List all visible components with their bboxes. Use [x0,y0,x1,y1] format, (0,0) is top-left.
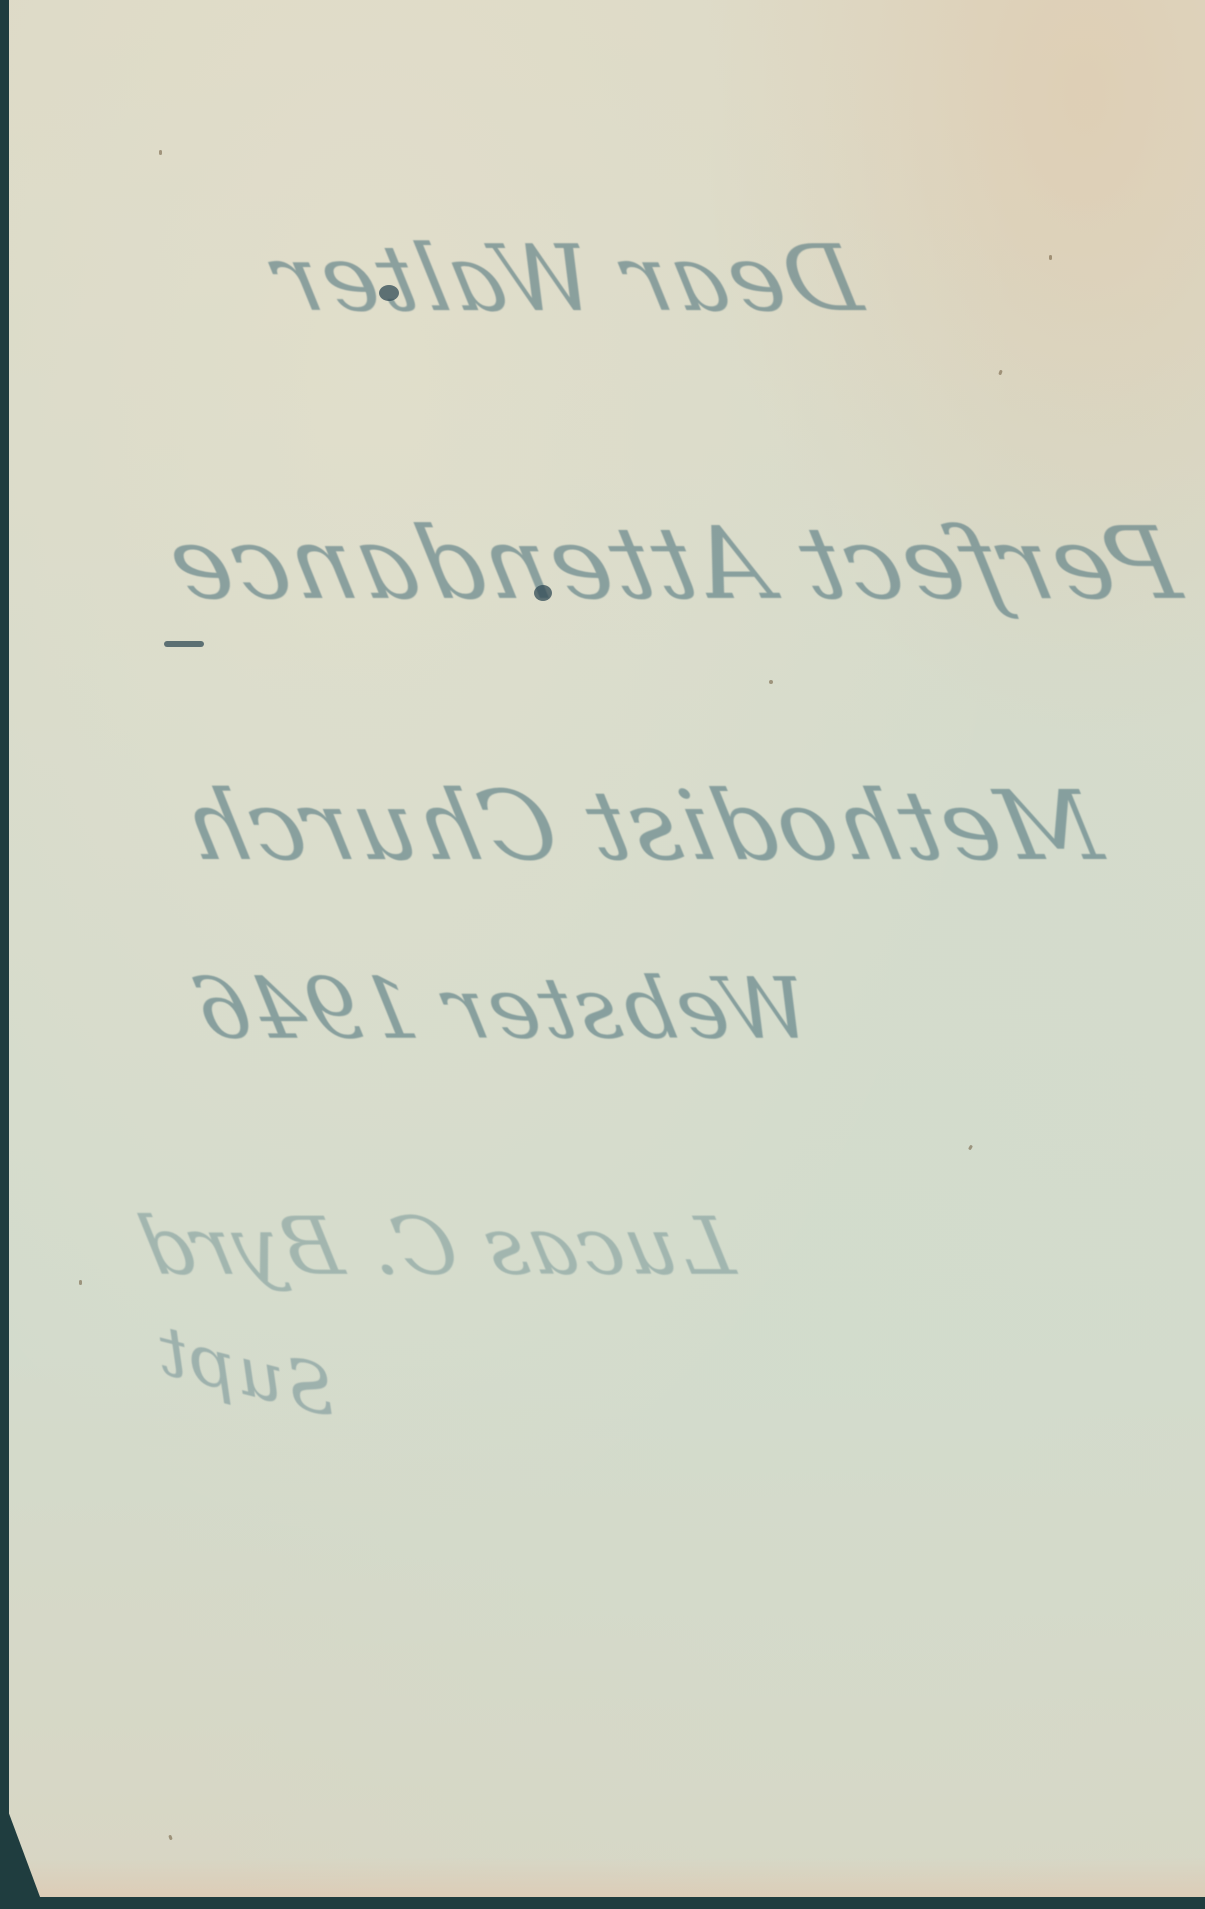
handwriting-line-church: Methodist Church [172,770,1110,882]
paper-speck [968,1145,973,1151]
handwriting-line-greeting: Dear Walter [263,225,870,332]
paper-sheet: Dear Walter Perfect Attendance Methodist… [9,0,1205,1897]
paper-speck [1049,255,1052,260]
scanned-document: Dear Walter Perfect Attendance Methodist… [0,0,1205,1909]
paper-speck [998,370,1003,376]
ink-blot [379,285,399,301]
handwriting-title: Supt [155,1309,337,1433]
paper-speck [79,1280,82,1285]
handwriting-line-place-year: Webster 1946 [184,960,819,1058]
paper-speck [168,1835,173,1841]
ink-blot [534,585,552,601]
paper-speck [159,150,162,155]
handwriting-signature: Lucas C. Byrd [129,1200,741,1293]
paper-speck [769,680,773,684]
handwriting-line-award: Perfect Attendance [157,505,1189,622]
ink-dash [164,641,204,647]
